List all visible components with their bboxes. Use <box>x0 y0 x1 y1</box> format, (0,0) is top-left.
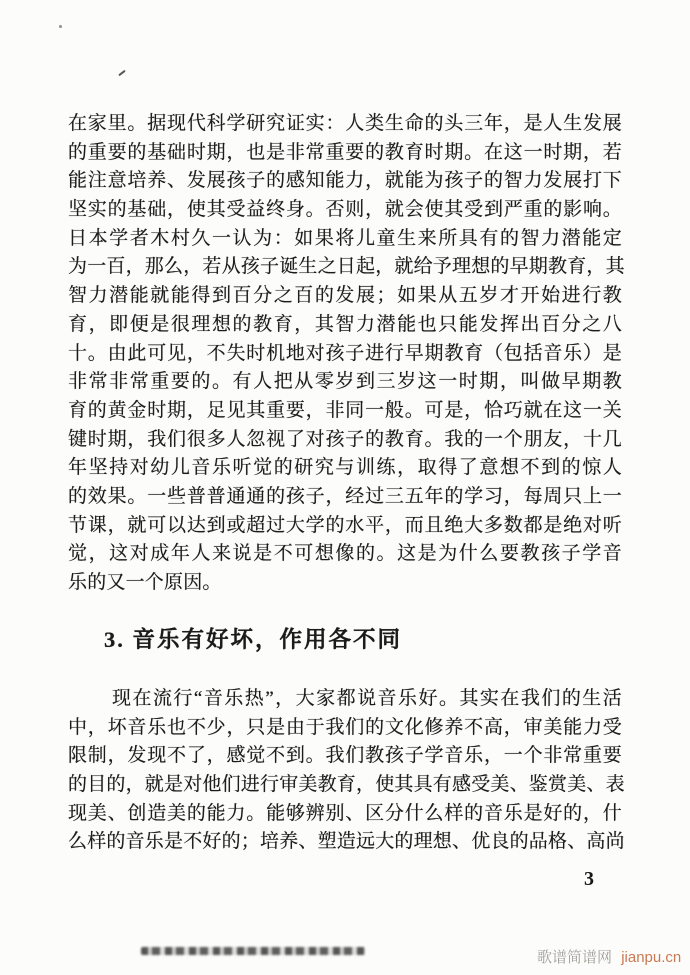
text-line: 非常非常重要的。有人把从零岁到三岁这一时期，叫做早期教 <box>68 368 622 397</box>
text-line: 的目的，就是对他们进行审美教育，使其具有感受美、鉴赏美、表 <box>68 771 622 800</box>
watermark: 歌谱简谱网 jianpu.cn <box>537 946 681 967</box>
scan-smudge-cutoff-text <box>141 947 365 955</box>
text-line: 现在流行“音乐热”，大家都说音乐好。其实在我们的生活 <box>68 685 622 714</box>
scan-speck-icon <box>118 70 126 77</box>
text-line: 乐的又一个原因。 <box>68 569 622 598</box>
text-line: 中，坏音乐也不少，只是由于我们的文化修养不高，审美能力受 <box>68 714 622 743</box>
text-line: 年坚持对幼儿音乐听觉的研究与训练，取得了意想不到的惊人 <box>68 454 622 483</box>
text-line: 智力潜能就能得到百分之百的发展；如果从五岁才开始进行教 <box>68 282 622 311</box>
text-line: 为一百，那么，若从孩子诞生之日起，就给予理想的早期教育，其 <box>68 253 622 282</box>
text-line: 在家里。据现代科学研究证实：人类生命的头三年，是人生发展 <box>68 110 622 139</box>
text-line: 么样的音乐是不好的；培养、塑造远大的理想、优良的品格、高尚 <box>68 828 622 857</box>
scanned-book-page: 在家里。据现代科学研究证实：人类生命的头三年，是人生发展的重要的基础时期，也是非… <box>0 0 690 975</box>
text-line: 能注意培养、发展孩子的感知能力，就能为孩子的智力发展打下 <box>68 167 622 196</box>
watermark-site-url: jianpu.cn <box>621 949 681 966</box>
text-line: 限制，发现不了，感觉不到。我们教孩子学音乐，一个非常重要 <box>68 742 622 771</box>
text-line: 坚实的基础，使其受益终身。否则，就会使其受到严重的影响。 <box>68 196 622 225</box>
section-heading: 3. 音乐有好坏，作用各不同 <box>104 622 402 654</box>
text-line: 育的黄金时期，足见其重要，非同一般。可是，恰巧就在这一关 <box>68 397 622 426</box>
text-line: 日本学者木村久一认为：如果将儿童生来所具有的智力潜能定 <box>68 225 622 254</box>
body-paragraph-continued: 在家里。据现代科学研究证实：人类生命的头三年，是人生发展的重要的基础时期，也是非… <box>68 110 622 598</box>
text-line: 的重要的基础时期，也是非常重要的教育时期。在这一时期，若 <box>68 139 622 168</box>
scan-speck-icon <box>59 25 62 28</box>
text-line: 育，即便是很理想的教育，其智力潜能也只能发挥出百分之八 <box>68 311 622 340</box>
text-line: 现美、创造美的能力。能够辨别、区分什么样的音乐是好的，什 <box>68 800 622 829</box>
text-line: 十。由此可见，不失时机地对孩子进行早期教育（包括音乐）是 <box>68 340 622 369</box>
watermark-site-name: 歌谱简谱网 <box>537 949 612 966</box>
body-paragraph: 现在流行“音乐热”，大家都说音乐好。其实在我们的生活中，坏音乐也不少，只是由于我… <box>68 685 622 857</box>
text-line: 的效果。一些普普通通的孩子，经过三五年的学习，每周只上一 <box>68 483 622 512</box>
text-line: 节课，就可以达到或超过大学的水平，而且绝大多数都是绝对听 <box>68 512 622 541</box>
text-line: 觉，这对成年人来说是不可想像的。这是为什么要教孩子学音 <box>68 540 622 569</box>
page-number: 3 <box>584 868 594 891</box>
text-line: 键时期，我们很多人忽视了对孩子的教育。我的一个朋友，十几 <box>68 426 622 455</box>
